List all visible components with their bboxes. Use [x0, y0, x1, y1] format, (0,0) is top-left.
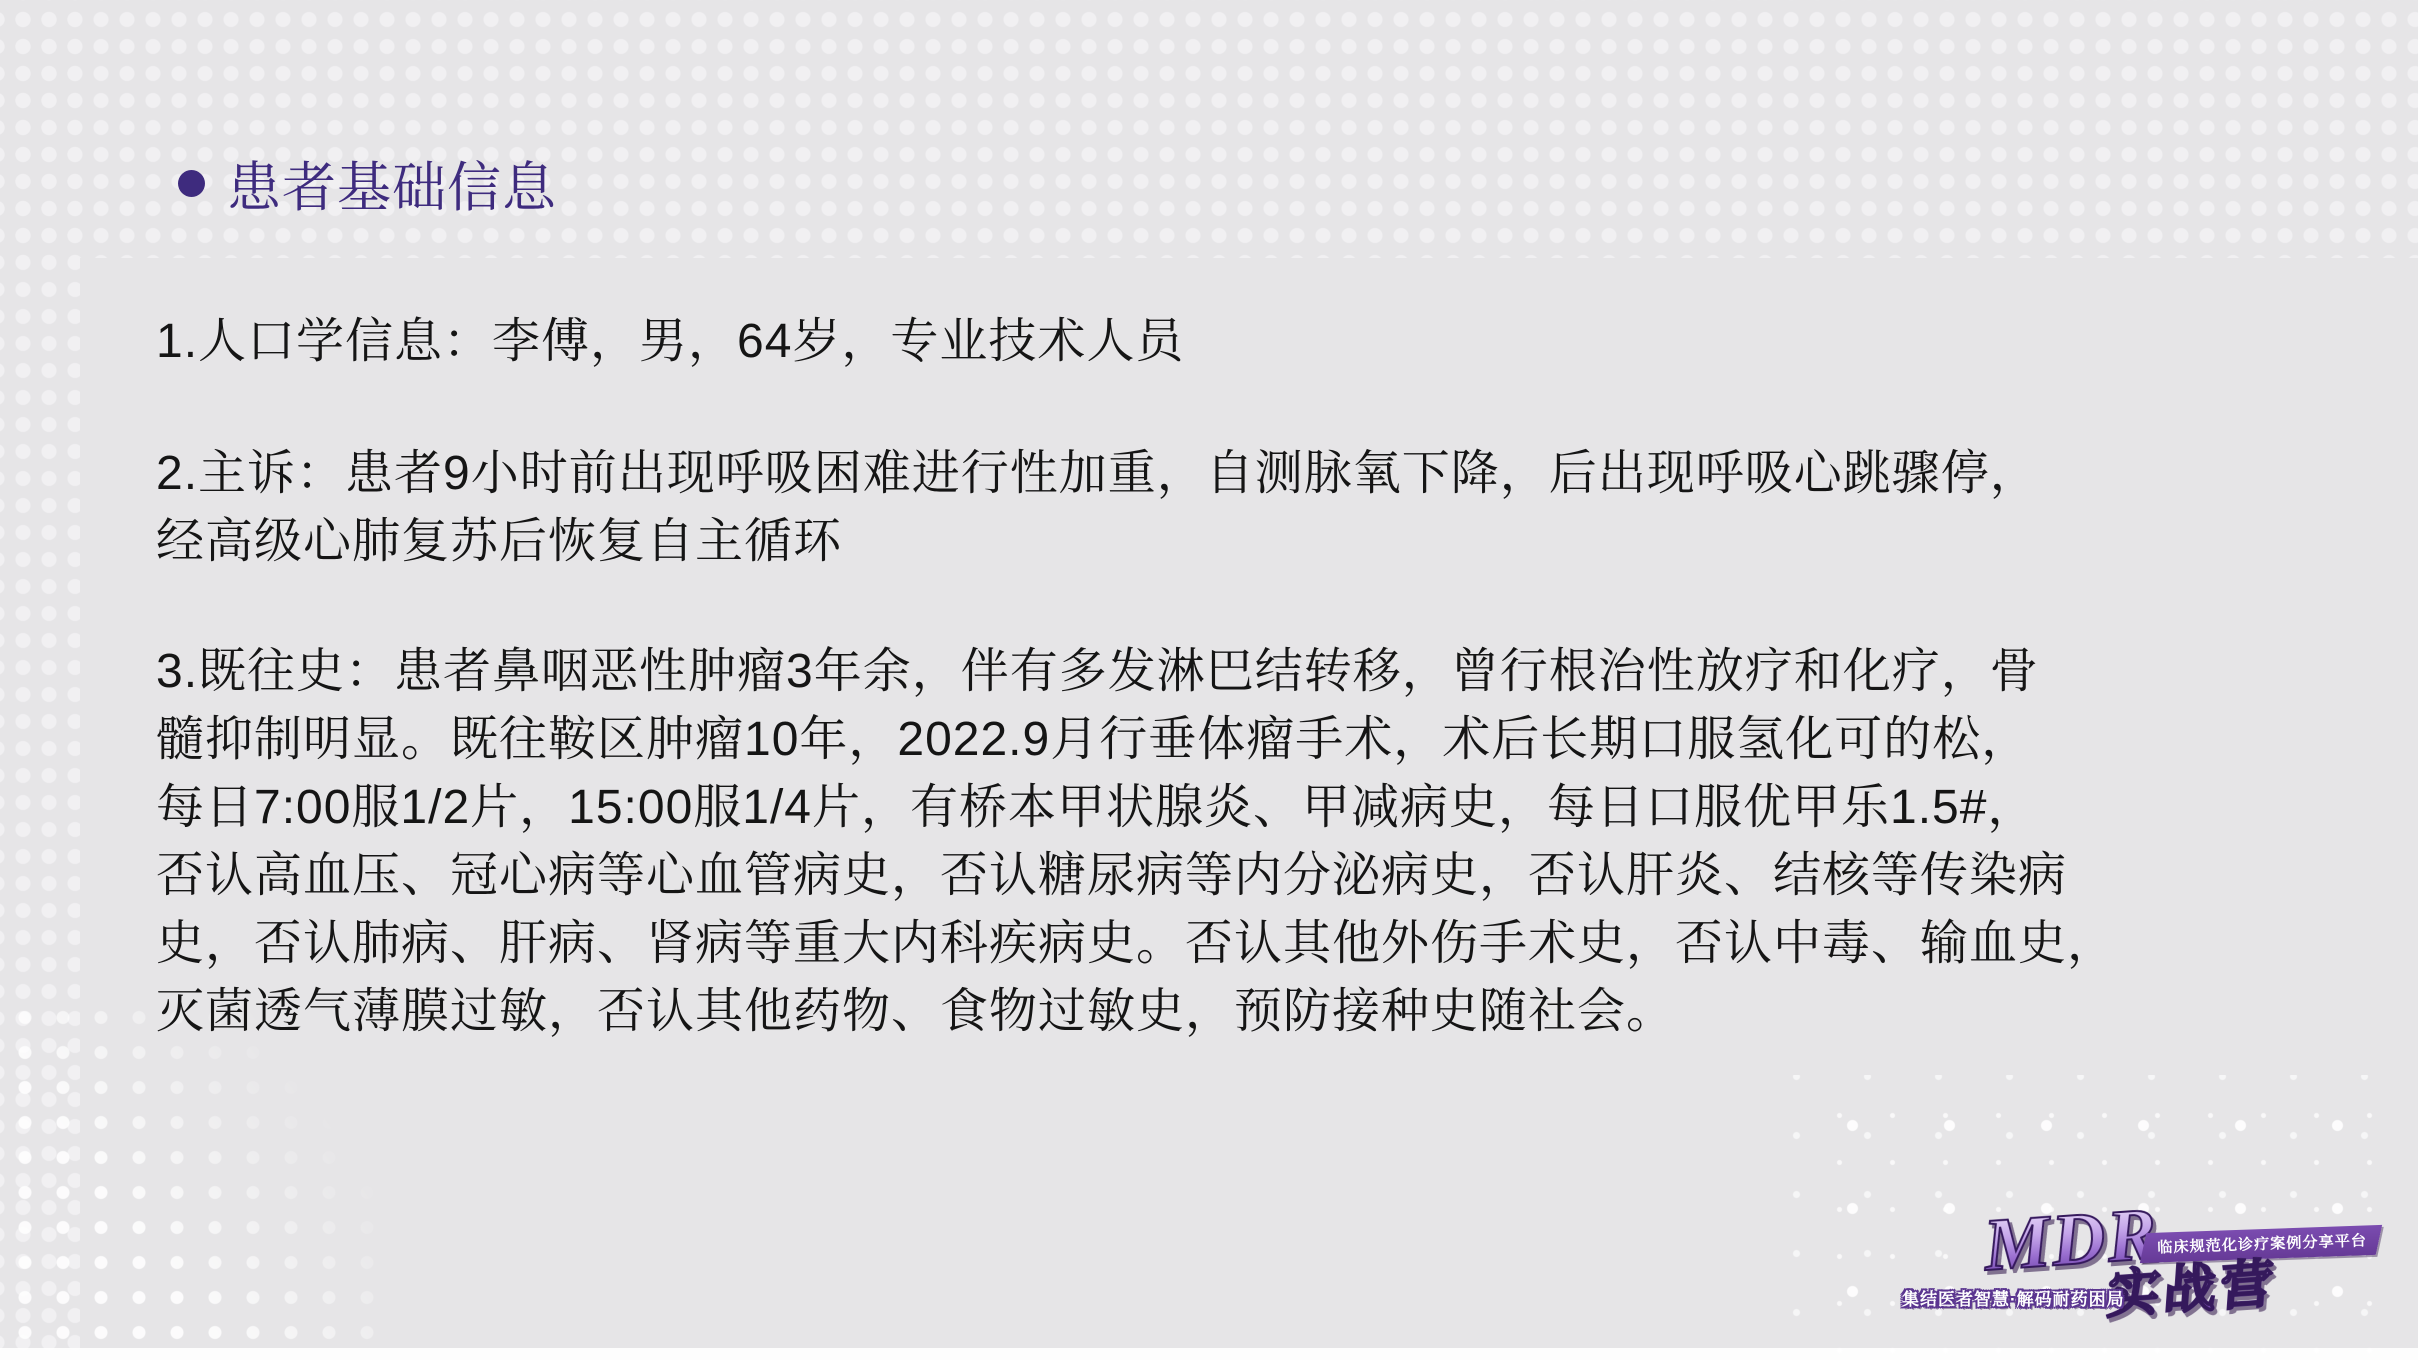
- slide-canvas: 患者基础信息 1.人口学信息：李傅，男，64岁，专业技术人员 2.主诉：患者9小…: [0, 0, 2418, 1360]
- logo-camp-text: 实战营: [2105, 1257, 2278, 1323]
- logo-platform-tagline: 临床规范化诊疗案例分享平台: [2157, 1229, 2367, 1257]
- bullet-icon: [178, 170, 205, 197]
- paragraph-demographics: 1.人口学信息：李傅，男，64岁，专业技术人员: [156, 308, 2268, 376]
- text-line: 每日7:00服1/2片，15:00服1/4片，有桥本甲状腺炎、甲减病史，每日口服…: [156, 774, 2268, 842]
- text-line: 1.人口学信息：李傅，男，64岁，专业技术人员: [156, 308, 2268, 376]
- paragraph-chief-complaint: 2.主诉：患者9小时前出现呼吸困难进行性加重，自测脉氧下降，后出现呼吸心跳骤停，…: [156, 440, 2268, 576]
- text-line: 否认高血压、冠心病等心血管病史，否认糖尿病等内分泌病史，否认肝炎、结核等传染病: [156, 842, 2268, 910]
- text-line: 史，否认肺病、肝病、肾病等重大内科疾病史。否认其他外伤手术史，否认中毒、输血史，: [156, 910, 2268, 978]
- slide-content: 患者基础信息 1.人口学信息：李傅，男，64岁，专业技术人员 2.主诉：患者9小…: [0, 0, 2418, 1046]
- section-title-row: 患者基础信息: [156, 150, 2268, 216]
- mdr-bootcamp-logo: MDR 临床规范化诊疗案例分享平台 实战营 集结医者智慧·解码耐药困局: [1880, 1185, 2418, 1360]
- text-line: 2.主诉：患者9小时前出现呼吸困难进行性加重，自测脉氧下降，后出现呼吸心跳骤停，: [156, 440, 2268, 508]
- text-line: 3.既往史：患者鼻咽恶性肿瘤3年余，伴有多发淋巴结转移，曾行根治性放疗和化疗，骨: [156, 638, 2268, 706]
- text-line: 灭菌透气薄膜过敏，否认其他药物、食物过敏史，预防接种史随社会。: [156, 978, 2268, 1046]
- paragraph-past-history: 3.既往史：患者鼻咽恶性肿瘤3年余，伴有多发淋巴结转移，曾行根治性放疗和化疗，骨…: [156, 638, 2268, 1046]
- page-title: 患者基础信息: [227, 145, 557, 222]
- text-line: 髓抑制明显。既往鞍区肿瘤10年，2022.9月行垂体瘤手术，术后长期口服氢化可的…: [156, 706, 2268, 774]
- text-line: 经高级心肺复苏后恢复自主循环: [156, 508, 2268, 576]
- logo-slogan-text: 集结医者智慧·解码耐药困局: [1902, 1285, 2125, 1310]
